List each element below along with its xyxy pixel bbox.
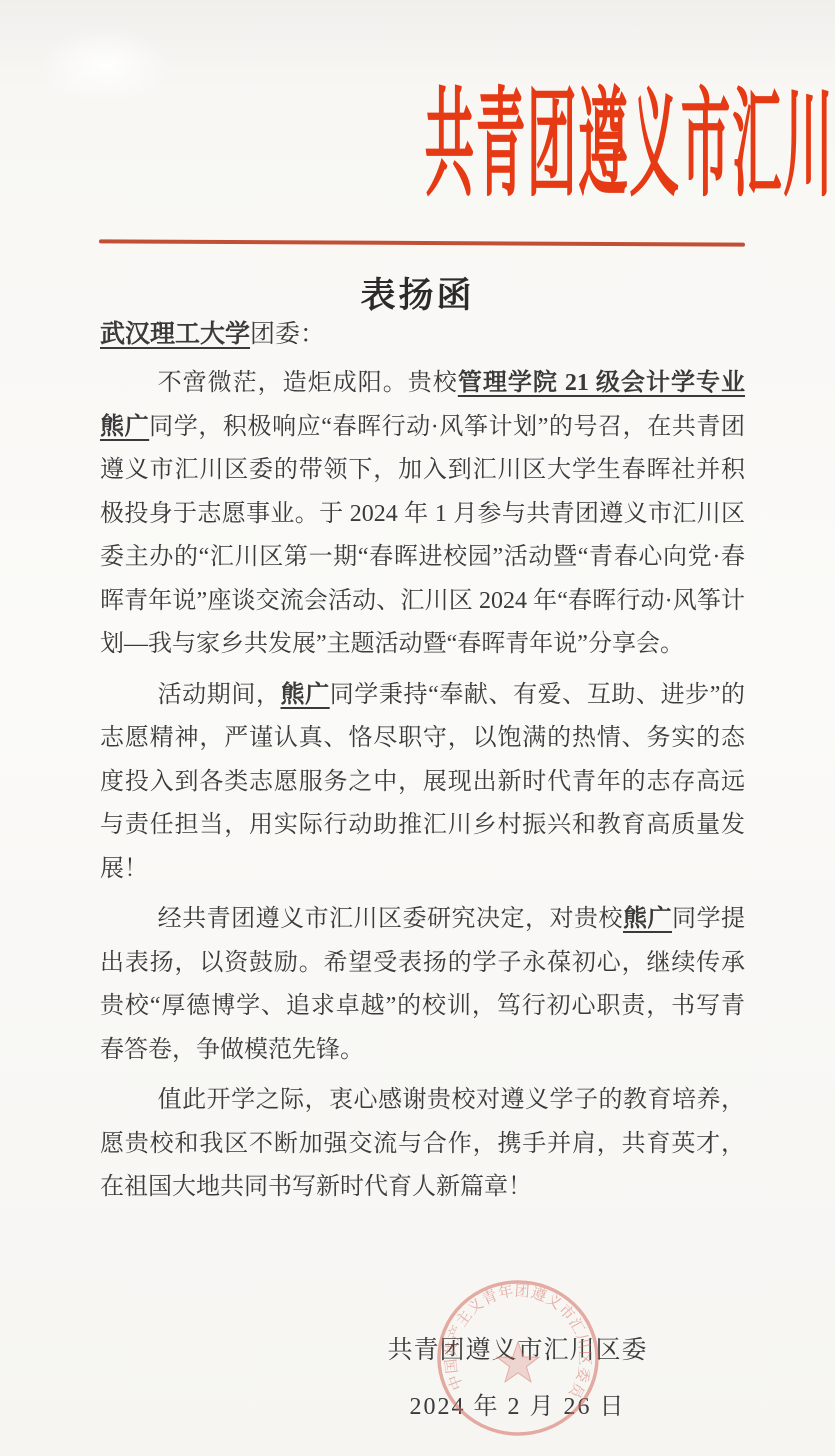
letterhead-title-text: 共青团遵义市汇川区委员会	[425, 82, 835, 209]
text-segment: 值此开学之际，衷心感谢贵校对遵义学子的教育培养，愿贵校和我区不断加强交流与合作，…	[100, 1087, 745, 1200]
letter-body: 不啻微茫，造炬成阳。贵校管理学院 21 级会计学专业熊广同学，积极响应“春晖行动…	[100, 362, 745, 1217]
document-title: 表扬函	[0, 268, 835, 318]
signature-date: 2024 年 2 月 26 日	[345, 1386, 690, 1421]
body-paragraph: 经共青团遵义市汇川区委研究决定，对贵校熊广同学提出表扬，以资鼓励。希望受表扬的学…	[100, 898, 745, 1072]
recipient-name: 武汉理工大学	[100, 321, 250, 348]
emphasized-text: 熊广	[623, 906, 672, 932]
text-segment: 活动期间，	[158, 682, 281, 708]
scanned-letter-sheet: 共青团遵义市汇川区委员会 表扬函 武汉理工大学团委： 不啻微茫，造炬成阳。贵校管…	[0, 0, 835, 1456]
text-segment: 同学秉持“奉献、有爱、互助、进步”的志愿精神，严谨认真、恪尽职守，以饱满的热情、…	[100, 682, 745, 882]
signature-org: 共青团遵义市汇川区委	[345, 1330, 690, 1366]
body-paragraph: 值此开学之际，衷心感谢贵校对遵义学子的教育培养，愿贵校和我区不断加强交流与合作，…	[100, 1079, 745, 1210]
letterhead-title: 共青团遵义市汇川区委员会	[0, 82, 835, 209]
text-segment: 经共青团遵义市汇川区委研究决定，对贵校	[158, 906, 623, 932]
emphasized-text: 熊广	[281, 682, 330, 708]
salutation-suffix: 团委：	[250, 321, 325, 348]
text-segment: 不啻微茫，造炬成阳。贵校	[158, 370, 458, 396]
body-paragraph: 活动期间，熊广同学秉持“奉献、有爱、互助、进步”的志愿精神，严谨认真、恪尽职守，…	[100, 674, 745, 892]
salutation: 武汉理工大学团委：	[100, 320, 325, 350]
body-paragraph: 不啻微茫，造炬成阳。贵校管理学院 21 级会计学专业熊广同学，积极响应“春晖行动…	[100, 362, 745, 667]
signature-block: 共青团遵义市汇川区委 2024 年 2 月 26 日	[345, 1330, 690, 1421]
letterhead-divider	[99, 239, 745, 246]
text-segment: 同学，积极响应“春晖行动·风筝计划”的号召，在共青团遵义市汇川区委的带领下，加入…	[100, 414, 745, 658]
